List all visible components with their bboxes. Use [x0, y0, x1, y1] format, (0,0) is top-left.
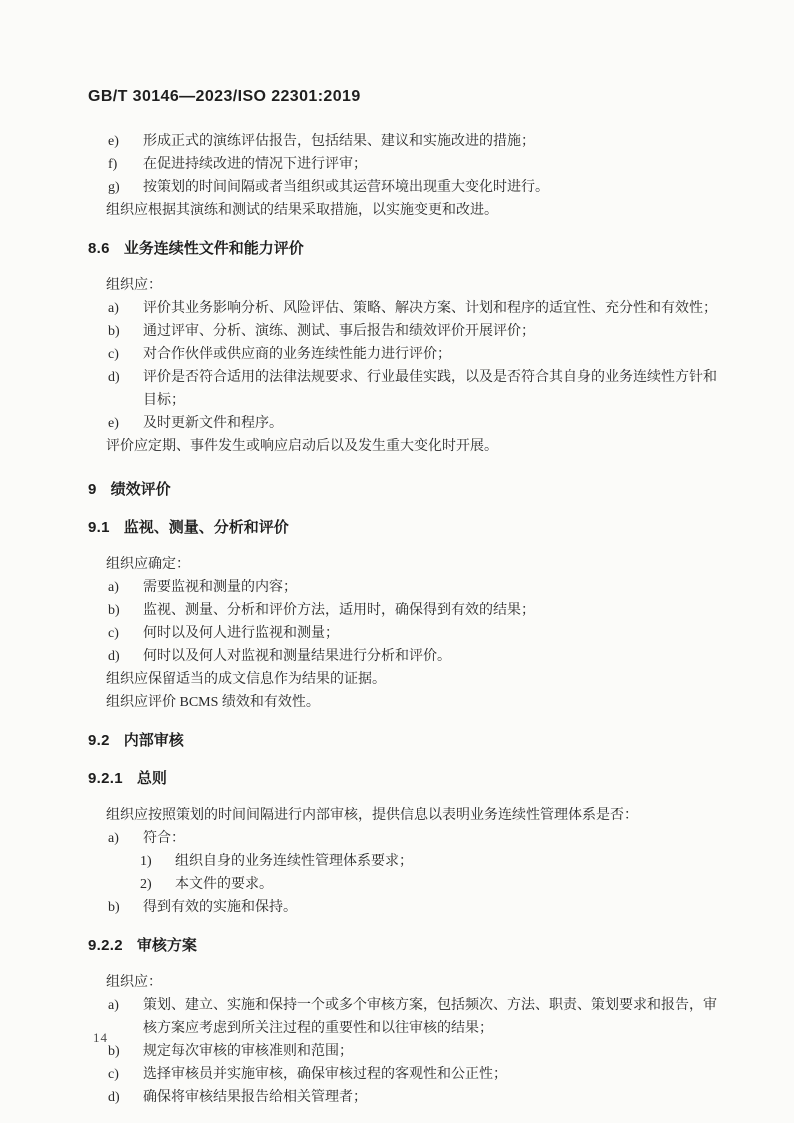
sub-list-item: 1) 组织自身的业务连续性管理体系要求；: [88, 850, 720, 873]
section-number: 8.6: [88, 237, 110, 260]
section-title: 审核方案: [137, 937, 197, 954]
list-item-text: 需要监视和测量的内容；: [143, 576, 720, 599]
document-body: e) 形成正式的演练评估报告，包括结果、建议和实施改进的措施； f) 在促进持续…: [88, 130, 720, 1109]
list-item: d) 何时以及何人对监视和测量结果进行分析和评价。: [88, 645, 720, 668]
list-item-text: 得到有效的实施和保持。: [143, 896, 720, 919]
section-title: 总则: [137, 770, 167, 787]
paragraph: 组织应：: [88, 971, 720, 994]
section-number: 9.2.1: [88, 767, 123, 790]
list-item-label: c): [108, 343, 143, 366]
list-item-text: 在促进持续改进的情况下进行评审；: [143, 153, 720, 176]
sub-list-item: 2) 本文件的要求。: [88, 873, 720, 896]
list-item-label: 2): [140, 873, 175, 896]
list-item: f) 在促进持续改进的情况下进行评审；: [88, 153, 720, 176]
list-item: c) 选择审核员并实施审核，确保审核过程的客观性和公正性；: [88, 1063, 720, 1086]
list-item: a) 策划、建立、实施和保持一个或多个审核方案，包括频次、方法、职责、策划要求和…: [88, 994, 720, 1040]
list-item: e) 形成正式的演练评估报告，包括结果、建议和实施改进的措施；: [88, 130, 720, 153]
list-item: d) 确保将审核结果报告给相关管理者；: [88, 1086, 720, 1109]
list-item: d) 评价是否符合适用的法律法规要求、行业最佳实践，以及是否符合其自身的业务连续…: [88, 366, 720, 412]
paragraph: 组织应确定：: [88, 553, 720, 576]
list-item-text: 符合：: [143, 827, 720, 850]
list-item-text: 按策划的时间间隔或者当组织或其运营环境出现重大变化时进行。: [143, 176, 720, 199]
list-item: e) 及时更新文件和程序。: [88, 412, 720, 435]
section-number: 9: [88, 478, 97, 501]
list-item-text: 规定每次审核的审核准则和范围；: [143, 1040, 720, 1063]
list-item-text: 何时以及何人进行监视和测量；: [143, 622, 720, 645]
list-item-label: e): [108, 412, 143, 435]
list-item-label: c): [108, 622, 143, 645]
standard-number-header: GB/T 30146—2023/ISO 22301:2019: [88, 88, 361, 106]
list-item-text: 监视、测量、分析和评价方法，适用时，确保得到有效的结果；: [143, 599, 720, 622]
list-item-text: 通过评审、分析、演练、测试、事后报告和绩效评价开展评价；: [143, 320, 720, 343]
list-item-text: 策划、建立、实施和保持一个或多个审核方案，包括频次、方法、职责、策划要求和报告，…: [143, 994, 720, 1040]
list-item-label: e): [108, 130, 143, 153]
list-item-label: a): [108, 827, 143, 850]
paragraph: 组织应按照策划的时间间隔进行内部审核，提供信息以表明业务连续性管理体系是否：: [88, 804, 720, 827]
section-title: 内部审核: [124, 732, 184, 749]
section-heading-9-2-2: 9.2.2审核方案: [88, 934, 720, 957]
list-item-label: g): [108, 176, 143, 199]
list-item: b) 规定每次审核的审核准则和范围；: [88, 1040, 720, 1063]
section-heading-9: 9绩效评价: [88, 478, 720, 501]
list-item: a) 符合：: [88, 827, 720, 850]
section-heading-9-1: 9.1监视、测量、分析和评价: [88, 516, 720, 539]
list-item-label: b): [108, 320, 143, 343]
list-item-label: b): [108, 599, 143, 622]
list-item: b) 得到有效的实施和保持。: [88, 896, 720, 919]
list-item: g) 按策划的时间间隔或者当组织或其运营环境出现重大变化时进行。: [88, 176, 720, 199]
section-heading-9-2-1: 9.2.1总则: [88, 767, 720, 790]
paragraph: 组织应评价 BCMS 绩效和有效性。: [88, 691, 720, 714]
section-heading-8-6: 8.6业务连续性文件和能力评价: [88, 237, 720, 260]
list-item-label: a): [108, 576, 143, 599]
list-item-text: 评价是否符合适用的法律法规要求、行业最佳实践，以及是否符合其自身的业务连续性方针…: [143, 366, 720, 412]
list-item-label: 1): [140, 850, 175, 873]
list-item-text: 评价其业务影响分析、风险评估、策略、解决方案、计划和程序的适宜性、充分性和有效性…: [143, 297, 720, 320]
paragraph: 组织应根据其演练和测试的结果采取措施，以实施变更和改进。: [88, 199, 720, 222]
list-item-label: d): [108, 366, 143, 412]
list-item-label: d): [108, 1086, 143, 1109]
list-item: b) 监视、测量、分析和评价方法，适用时，确保得到有效的结果；: [88, 599, 720, 622]
list-item-text: 对合作伙伴或供应商的业务连续性能力进行评价；: [143, 343, 720, 366]
list-item-text: 何时以及何人对监视和测量结果进行分析和评价。: [143, 645, 720, 668]
list-item: c) 对合作伙伴或供应商的业务连续性能力进行评价；: [88, 343, 720, 366]
list-item-text: 确保将审核结果报告给相关管理者；: [143, 1086, 720, 1109]
section-title: 绩效评价: [111, 481, 171, 498]
list-item-text: 及时更新文件和程序。: [143, 412, 720, 435]
list-item-label: a): [108, 994, 143, 1040]
list-item: a) 需要监视和测量的内容；: [88, 576, 720, 599]
section-number: 9.1: [88, 516, 110, 539]
list-item-label: c): [108, 1063, 143, 1086]
list-item-label: a): [108, 297, 143, 320]
section-title: 业务连续性文件和能力评价: [124, 240, 304, 257]
list-item: b) 通过评审、分析、演练、测试、事后报告和绩效评价开展评价；: [88, 320, 720, 343]
section-number: 9.2: [88, 729, 110, 752]
list-item-text: 组织自身的业务连续性管理体系要求；: [175, 850, 413, 873]
paragraph: 组织应保留适当的成文信息作为结果的证据。: [88, 668, 720, 691]
list-item: a) 评价其业务影响分析、风险评估、策略、解决方案、计划和程序的适宜性、充分性和…: [88, 297, 720, 320]
list-item-label: b): [108, 1040, 143, 1063]
paragraph: 评价应定期、事件发生或响应启动后以及发生重大变化时开展。: [88, 435, 720, 458]
list-item-text: 选择审核员并实施审核，确保审核过程的客观性和公正性；: [143, 1063, 720, 1086]
paragraph: 组织应：: [88, 274, 720, 297]
section-title: 监视、测量、分析和评价: [124, 519, 289, 536]
list-item-text: 本文件的要求。: [175, 873, 273, 896]
list-item-text: 形成正式的演练评估报告，包括结果、建议和实施改进的措施；: [143, 130, 720, 153]
list-item-label: f): [108, 153, 143, 176]
list-item: c) 何时以及何人进行监视和测量；: [88, 622, 720, 645]
section-heading-9-2: 9.2内部审核: [88, 729, 720, 752]
page-number: 14: [93, 1030, 108, 1046]
list-item-label: d): [108, 645, 143, 668]
list-item-label: b): [108, 896, 143, 919]
section-number: 9.2.2: [88, 934, 123, 957]
document-page: GB/T 30146—2023/ISO 22301:2019 e) 形成正式的演…: [0, 0, 794, 1123]
